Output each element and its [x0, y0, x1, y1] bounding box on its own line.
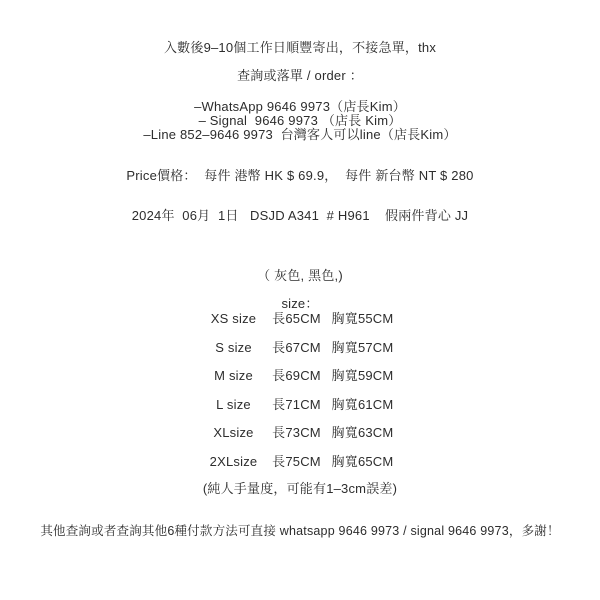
size-row-xl: XLsize 長73CM 胸寬63CM — [0, 425, 600, 441]
size-chest: 胸寬57CM — [329, 340, 397, 356]
size-table: XS size 長65CM 胸寬55CM S size 長67CM 胸寬57CM… — [0, 311, 600, 482]
measurement-disclaimer: (純人手量度，可能有1–3cm誤差) — [0, 481, 600, 497]
footer-payment-note: 其他查詢或者查詢其他6種付款方法可直接 whatsapp 9646 9973 /… — [0, 523, 600, 539]
size-chest: 胸寬65CM — [329, 454, 397, 470]
size-label: XS size — [204, 311, 264, 327]
size-length: 長65CM — [269, 311, 325, 327]
size-label: XLsize — [204, 425, 264, 441]
size-label: 2XLsize — [204, 454, 264, 470]
size-label: M size — [204, 368, 264, 384]
size-length: 長71CM — [269, 397, 325, 413]
size-row-2xl: 2XLsize 長75CM 胸寬65CM — [0, 454, 600, 470]
size-label: S size — [204, 340, 264, 356]
size-chest: 胸寬61CM — [329, 397, 397, 413]
size-length: 長75CM — [269, 454, 325, 470]
size-length: 長73CM — [269, 425, 325, 441]
size-row-m: M size 長69CM 胸寬59CM — [0, 368, 600, 384]
price-line: Price價格： 每件 港幣 HK $ 69.9， 每件 新台幣 NT $ 28… — [0, 168, 600, 184]
order-heading: 查詢或落單 / order ： — [0, 68, 600, 84]
size-chart-heading: size： — [0, 296, 600, 312]
size-row-xs: XS size 長65CM 胸寬55CM — [0, 311, 600, 327]
contact-line: –Line 852–9646 9973 台灣客人可以line（店長Kim） — [0, 127, 600, 143]
size-row-l: L size 長71CM 胸寬61CM — [0, 397, 600, 413]
product-code-line: 2024年 06月 1日 DSJD A341 # H961 假兩件背心 JJ — [0, 208, 600, 224]
size-length: 長67CM — [269, 340, 325, 356]
size-row-s: S size 長67CM 胸寬57CM — [0, 340, 600, 356]
color-options: （ 灰色, 黑色,) — [0, 268, 600, 284]
size-chest: 胸寬59CM — [329, 368, 397, 384]
size-length: 長69CM — [269, 368, 325, 384]
product-info-sheet: 入數後9–10個工作日順豐寄出，不接急單，thx 查詢或落單 / order ：… — [0, 0, 600, 600]
size-chest: 胸寬63CM — [329, 425, 397, 441]
shipping-note: 入數後9–10個工作日順豐寄出，不接急單，thx — [0, 40, 600, 56]
size-chest: 胸寬55CM — [329, 311, 397, 327]
size-label: L size — [204, 397, 264, 413]
